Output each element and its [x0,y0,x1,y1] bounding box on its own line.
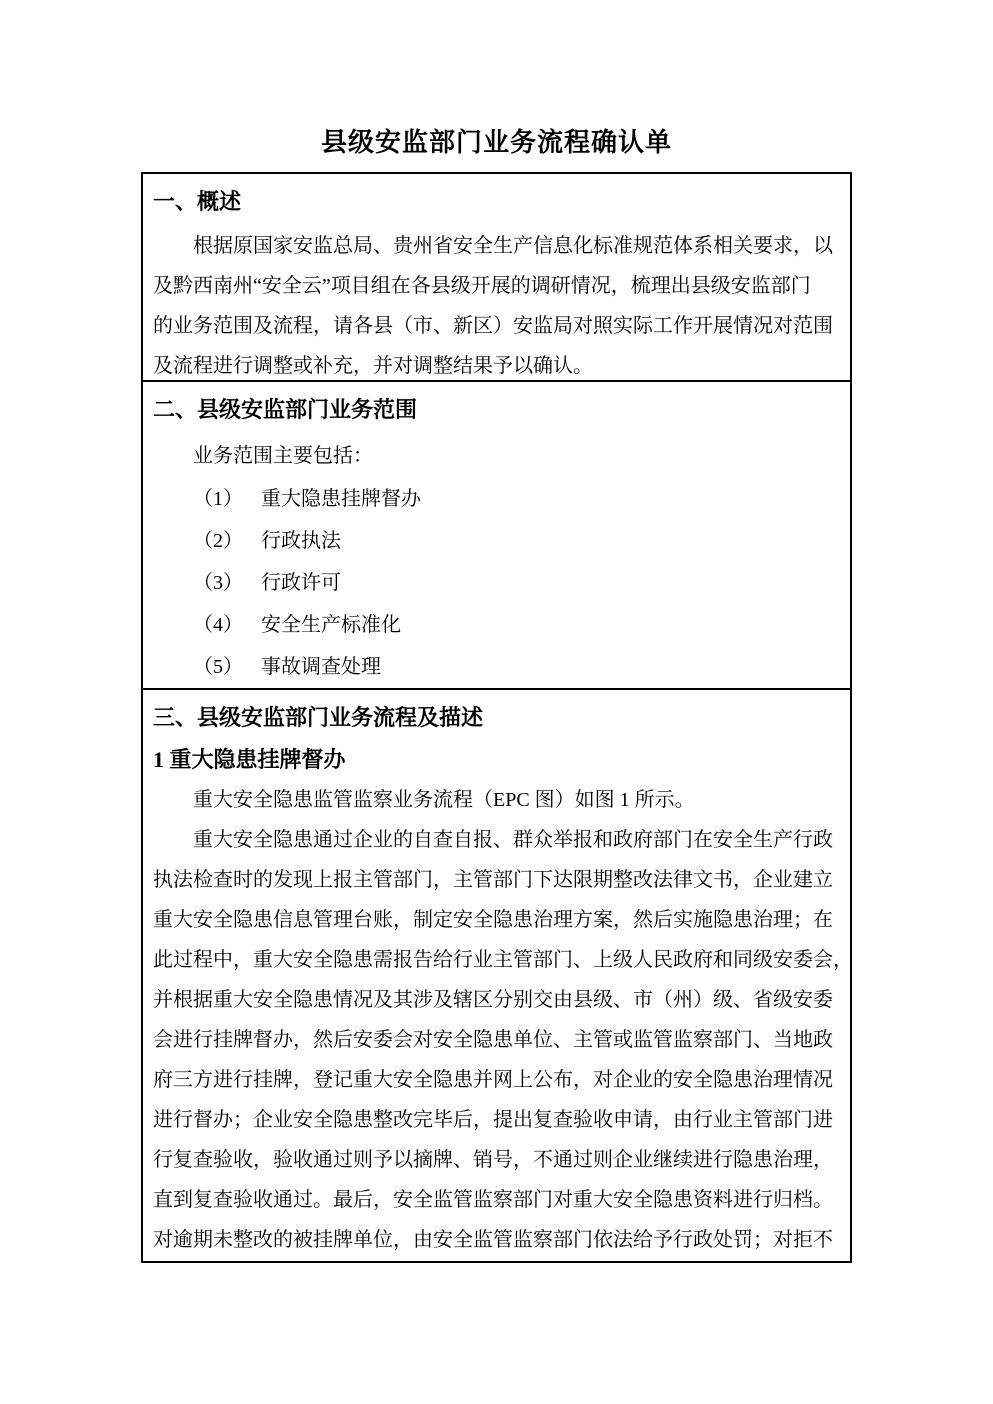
scope-item: （5）事故调查处理 [153,646,840,688]
process-paragraph-line: 行复查验收，验收通过则予以摘牌、销号，不通过则企业继续进行隐患治理， [153,1140,840,1180]
process-paragraph-line: 并根据重大安全隐患情况及其涉及辖区分别交由县级、市（州）级、省级安委 [153,980,840,1020]
section-process-description: 三、县级安监部门业务流程及描述 1 重大隐患挂牌督办 重大安全隐患监管监察业务流… [143,690,850,1261]
overview-paragraph-line: 根据原国家安监总局、贵州省安全生产信息化标准规范体系相关要求，以 [153,226,840,266]
figure-reference-line: 重大安全隐患监管监察业务流程（EPC 图）如图 1 所示。 [153,780,840,820]
document-title: 县级安监部门业务流程确认单 [0,122,993,159]
scope-item-number: （3） [193,572,243,594]
confirmation-table: 一、概述 根据原国家安监总局、贵州省安全生产信息化标准规范体系相关要求，以 及黔… [141,172,852,1263]
document-page: 县级安监部门业务流程确认单 一、概述 根据原国家安监总局、贵州省安全生产信息化标… [0,0,993,1404]
process-paragraph-line: 对逾期未整改的被挂牌单位，由安全监管监察部门依法给予行政处罚；对拒不 [153,1220,840,1260]
scope-item: （4）安全生产标准化 [153,604,840,646]
process-paragraph-line: 会进行挂牌督办，然后安委会对安全隐患单位、主管或监管监察部门、当地政 [153,1020,840,1060]
scope-intro: 业务范围主要包括： [153,434,840,478]
overview-paragraph-line: 及黔西南州“安全云”项目组在各县级开展的调研情况，梳理出县级安监部门 [153,266,840,306]
scope-item-number: （1） [193,488,243,510]
process-paragraph-line: 府三方进行挂牌，登记重大安全隐患并网上公布，对企业的安全隐患治理情况 [153,1060,840,1100]
section-overview: 一、概述 根据原国家安监总局、贵州省安全生产信息化标准规范体系相关要求，以 及黔… [143,174,850,382]
process-paragraph-line: 此过程中，重大安全隐患需报告给行业主管部门、上级人民政府和同级安委会， [153,940,840,980]
scope-item-label: 行政许可 [261,572,341,594]
scope-item-label: 事故调查处理 [261,656,381,678]
scope-item-number: （2） [193,530,243,552]
scope-item-label: 行政执法 [261,530,341,552]
subsection-heading: 1 重大隐患挂牌督办 [153,746,840,774]
process-paragraph-line: 重大安全隐患通过企业的自查自报、群众举报和政府部门在安全生产行政 [153,820,840,860]
process-paragraph-line: 直到复查验收通过。最后，安全监管监察部门对重大安全隐患资料进行归档。 [153,1180,840,1220]
section-process-heading: 三、县级安监部门业务流程及描述 [153,704,840,732]
overview-paragraph-line: 的业务范围及流程，请各县（市、新区）安监局对照实际工作开展情况对范围 [153,306,840,346]
scope-item-number: （5） [193,656,243,678]
scope-item: （3）行政许可 [153,562,840,604]
section-overview-heading: 一、概述 [153,188,840,216]
scope-item-number: （4） [193,614,243,636]
scope-item: （1）重大隐患挂牌督办 [153,478,840,520]
section-scope-heading: 二、县级安监部门业务范围 [153,396,840,424]
section-business-scope: 二、县级安监部门业务范围 业务范围主要包括： （1）重大隐患挂牌督办 （2）行政… [143,382,850,690]
process-paragraph-line: 进行督办；企业安全隐患整改完毕后，提出复查验收申请，由行业主管部门进 [153,1100,840,1140]
scope-item-label: 安全生产标准化 [261,614,401,636]
scope-item-label: 重大隐患挂牌督办 [261,488,421,510]
overview-paragraph-line: 及流程进行调整或补充，并对调整结果予以确认。 [153,346,840,382]
process-paragraph-line: 重大安全隐患信息管理台账，制定安全隐患治理方案，然后实施隐患治理；在 [153,900,840,940]
scope-item: （2）行政执法 [153,520,840,562]
process-paragraph-line: 执法检查时的发现上报主管部门，主管部门下达限期整改法律文书，企业建立 [153,860,840,900]
